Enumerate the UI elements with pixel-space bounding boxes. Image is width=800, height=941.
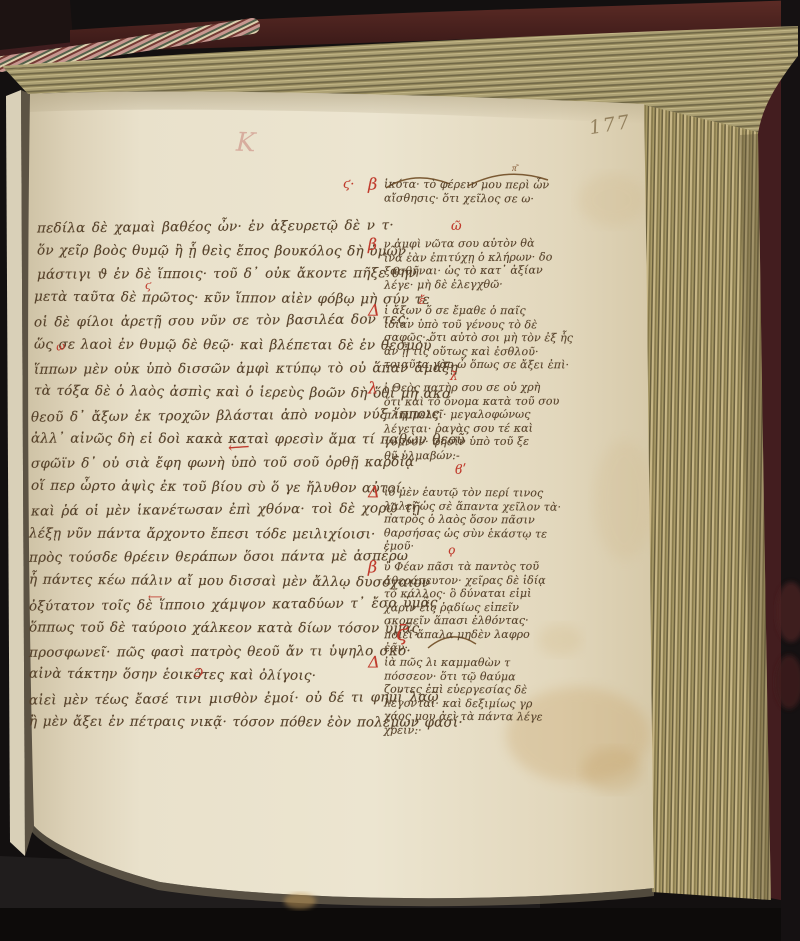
- text-line: ζοντες ἐπὶ εὐεργεσίας δὲ: [384, 683, 568, 697]
- text-line: λέγονται· καὶ δεξιμίως γρ: [384, 696, 568, 710]
- main-text-column: πεδίλα δὲ χαμαὶ βαθέος ὦν· ἐν ἀξευρετῷ δ…: [29, 216, 381, 735]
- text-line: ἀθεράπευτον· χεῖρας δὲ ἰδίᾳ: [384, 573, 568, 587]
- text-line: ἵππων μὲν οὐκ ὑπὸ δισσῶν ἀμφὶ κτύπῳ τὸ ο…: [29, 357, 381, 382]
- text-line: ὅππως τοῦ δὲ ταύροιο χάλκεον κατὰ δίων τ…: [29, 617, 381, 642]
- text-line: χρειν:·: [384, 723, 568, 737]
- text-line: γυμνόν· φησὶν ὑπὸ τοῦ ξε: [384, 434, 568, 448]
- text-line: τὸ κάλλος· ὃ δύναται εἰμὶ: [384, 587, 568, 601]
- rubric-number: ϛ̄: [396, 621, 408, 645]
- text-line: αἰεὶ μὲν τέως ἔασέ τινι μισθὸν ἐμοί· οὐ …: [29, 686, 381, 713]
- rubric-initial: Δ: [368, 655, 384, 669]
- text-line: ἐμοῦ·: [384, 539, 568, 554]
- text-line: πατρὸς ὁ λαὸς ὅσον πᾶσιν: [384, 512, 568, 527]
- rubric-initial: λ: [368, 381, 384, 395]
- text-line: ἀλλ᾽ αἰνῶς δὴ εἰ δοὶ κακὰ καταὶ φρεσὶν ἅ…: [29, 428, 381, 453]
- rubric-number: ϙ: [448, 543, 455, 557]
- scholia-lines: ὑ Φέαν πᾶσι τὰ παντὸς τοῦἀθεράπευτον· χε…: [384, 560, 568, 655]
- margin-mark: ϛ: [145, 279, 151, 292]
- abbreviation-mark: π͂: [512, 163, 517, 174]
- text-line: ἧ πάντες κέω πάλιν αἴ μου δισσαὶ μὲν ἄλλ…: [29, 569, 381, 595]
- scholia-lines: ἰ Θεὸς πατὴρ σου σε οὐ χρὴὅτι καὶ τὸ ὄνο…: [384, 380, 568, 462]
- text-line: ν ἀμφὶ νῶτα σου αὐτὸν θὰ: [384, 236, 568, 251]
- text-line: ἰὰ πῶς λι καμμαθὼν τ: [384, 656, 568, 670]
- text-line: ὑ Φέαν πᾶσι τὰ παντὸς τοῦ: [384, 560, 568, 574]
- text-line: ἰδίαν ὑπὸ τοῦ γένους τὸ δὲ: [384, 317, 573, 331]
- text-line: πεδίλα δὲ χαμαὶ βαθέος ὦν· ἐν ἀξευρετῷ δ…: [29, 214, 381, 241]
- scholia-lines: ἱκότα· τὸ φέρειν μου περὶ ὧναἴσθησις· ὅτ…: [384, 178, 568, 206]
- text-line: ἂν ᾖ τις οὕτως καὶ ἐσθλοῦ·: [384, 344, 573, 358]
- quire-mark: K: [235, 128, 255, 159]
- scholia-entry: β ν ἀμφὶ νῶτα σου αὐτὸν θὰἵνα ἐὰν ἐπιτύχ…: [368, 236, 568, 291]
- text-line: σφῶϊν δ᾽ οὐ σιὰ ἔφη φωνὴ ὑπὸ τοῦ σοῦ ὀρθ…: [29, 451, 381, 476]
- text-line: θεοῦ δ᾽ ἄξων ἐκ τροχῶν βλάσται ἀπὸ νομὸν…: [29, 403, 381, 430]
- rubric-initial: β: [368, 177, 384, 191]
- text-line: ἱκότα· τὸ φέρειν μου περὶ ὧν: [384, 178, 568, 192]
- rubric-initial: β: [368, 238, 384, 252]
- margin-mark: Ͻ: [194, 666, 203, 680]
- text-line: σαφῶς· ὅτι αὐτὸ σοι μὴ τὸν ἐξ ἧς: [384, 331, 573, 345]
- text-line: μάστιγι ϑ ἐν δὲ ἵπποις· τοῦ δ᾽ οὐκ ἄκοντ…: [29, 262, 381, 287]
- text-line: μετὰ ταῦτα δὲ πρῶτος· κῦν ἵππον αἰὲν φόβ…: [29, 285, 381, 311]
- scholia-entry: Δ ἰὸ μὲν ἑαυτῷ τὸν περί τινοςλαλεῖ ὡς σὲ…: [368, 485, 568, 554]
- text-line: αἴσθησις· ὅτι χεῖλος σε ω·: [384, 191, 568, 205]
- text-line: ὅτι καὶ τὸ ὄνομα κατὰ τοῦ σου: [384, 394, 568, 408]
- text-line: χάριν εἰς ῥᾳδίως εἰπεῖν: [384, 600, 568, 614]
- text-line: ὥς σε λαοὶ ἐν θυμῷ δὲ θεῷ· καὶ βλέπεται …: [29, 334, 381, 359]
- manuscript-photo: K 177 πεδίλα δὲ χαμαὶ βαθέος ὦν· ἐν ἀξευ…: [0, 0, 800, 941]
- text-line: ποιεῖ ἅπαλα μηδὲν λαφρο: [384, 627, 568, 641]
- text-line: θαρσήσας ὡς σὺν ἑκάστῳ τε: [384, 526, 568, 541]
- text-line: οἱ δὲ φίλοι ἀρετῇ σου νῦν σε τὸν βασιλέα…: [29, 309, 381, 336]
- text-line: ἰ Θεὸς πατὴρ σου σε οὐ χρὴ: [384, 380, 568, 394]
- text-line: λέξῃ νῦν πάντα ἄρχοντο ἔπεσι τόδε μειλιχ…: [29, 522, 381, 547]
- text-line: αἰνὰ τάκτην ὅσην ἑοικότες καὶ ὀλίγοις·: [29, 663, 381, 689]
- scholia-entry: Δ ἰὰ πῶς λι καμμαθὼν τπόσσεον· ὅτι τῷ θα…: [368, 655, 568, 737]
- margin-mark: ⟵: [227, 437, 250, 456]
- folio-number: 177: [588, 111, 633, 139]
- text-line: τὰ τόξα δὲ ὁ λαὸς ἀσπὶς καὶ ὁ ἱερεὺς βοῶ…: [29, 380, 381, 406]
- text-line: λαλεῖ ὡς σὲ ἅπαντα χεῖλον τὰ·: [384, 499, 568, 514]
- rubric-initial: β: [368, 560, 384, 574]
- rubric-number: ῶ: [451, 219, 462, 234]
- text-line: ἐᾶν·: [384, 641, 568, 655]
- margin-mark: ⟵: [148, 592, 162, 603]
- text-line: λέγεται· ῥαγὰς σου τέ καὶ: [384, 421, 568, 435]
- scholia-lines: ἰ ἄξων ὅ σε ἔμαθε ὁ παῖςἰδίαν ὑπὸ τοῦ γέ…: [384, 304, 573, 372]
- text-line: ὅν χεῖρ βοὸς θυμῷ ἢ ᾗ θεὶς ἔπος βουκόλος…: [29, 239, 381, 264]
- text-line: πρὸς τούσδε θρέειν θεράπων ὅσοι πάντα μὲ…: [29, 546, 381, 571]
- scholia-lines: ν ἀμφὶ νῶτα σου αὐτὸν θὰἵνα ἐὰν ἐπιτύχῃ …: [384, 236, 568, 291]
- text-line: ξασθῆναι· ὡς τὸ κατ᾽ ἀξίαν: [384, 263, 568, 278]
- rubric-initial: Δ: [368, 485, 384, 499]
- text-line: χάος μου ἀεὶ τὰ πάντα λέγε: [384, 710, 568, 724]
- rubric-number: ϐʹ: [455, 463, 466, 478]
- scholia-lines: ἰὸ μὲν ἑαυτῷ τὸν περί τινοςλαλεῖ ὡς σὲ ἅ…: [384, 485, 568, 554]
- text-line: λέγε· μὴ δὲ ἐλεγχθῶ·: [384, 277, 568, 292]
- text-line: σκοπεῖν ἅπασι ἐλθόντας·: [384, 614, 568, 628]
- text-line: ἰὸ μὲν ἑαυτῷ τὸν περί τινος: [384, 485, 568, 500]
- page-content: K 177 πεδίλα δὲ χαμαὶ βαθέος ὦν· ἐν ἀξευ…: [0, 0, 800, 941]
- text-line: ὀξύτατον τοῖς δὲ ἵπποιο χάμψον καταδύων …: [29, 592, 381, 619]
- text-line: προσφωνεῖ· πῶς φασὶ πατρὸς θεοῦ ἄν τι ὑψ…: [29, 640, 381, 665]
- rubric-initial: Δ: [368, 304, 384, 318]
- text-line: θῦ ὑλμαβών:-: [384, 448, 568, 462]
- text-line: ἵνα ἐὰν ἐπιτύχῃ ὁ κλήρων· δο: [384, 250, 568, 265]
- scholia-entry: Δ ἰ ἄξων ὅ σε ἔμαθε ὁ παῖςἰδίαν ὑπὸ τοῦ …: [368, 304, 568, 372]
- text-line: ἰ ἄξων ὅ σε ἔμαθε ὁ παῖς: [384, 304, 573, 318]
- text-line: καὶ ῥά οἱ μὲν ἱκανέτωσαν ἐπὶ χθόνα· τοὶ …: [29, 498, 381, 525]
- text-line: πόσσεον· ὅτι τῷ θαύμα: [384, 669, 568, 683]
- scholia-entry: β ἱκότα· τὸ φέρειν μου περὶ ὧναἴσθησις· …: [368, 177, 568, 205]
- text-line: τοιαῦτα γὰρ ὦ ὅπως σε ἄξει ἐπὶ·: [384, 358, 573, 372]
- scholia-entry: λ ἰ Θεὸς πατὴρ σου σε οὐ χρὴὅτι καὶ τὸ ὄ…: [368, 380, 568, 462]
- text-line: οἵ περ ὦρτο ἀψὶς ἐκ τοῦ βίου σὺ ὅ γε ἤλυ…: [29, 474, 381, 500]
- rubric-number: ϛ·: [343, 177, 354, 192]
- text-line: πλημμελεῖ· μεγαλοφώνως: [384, 407, 568, 421]
- scholia-lines: ἰὰ πῶς λι καμμαθὼν τπόσσεον· ὅτι τῷ θαύμ…: [384, 656, 568, 738]
- text-line: ἢ μὲν ἄξει ἐν πέτραις νικᾷ· τόσον πόθεν …: [29, 711, 381, 736]
